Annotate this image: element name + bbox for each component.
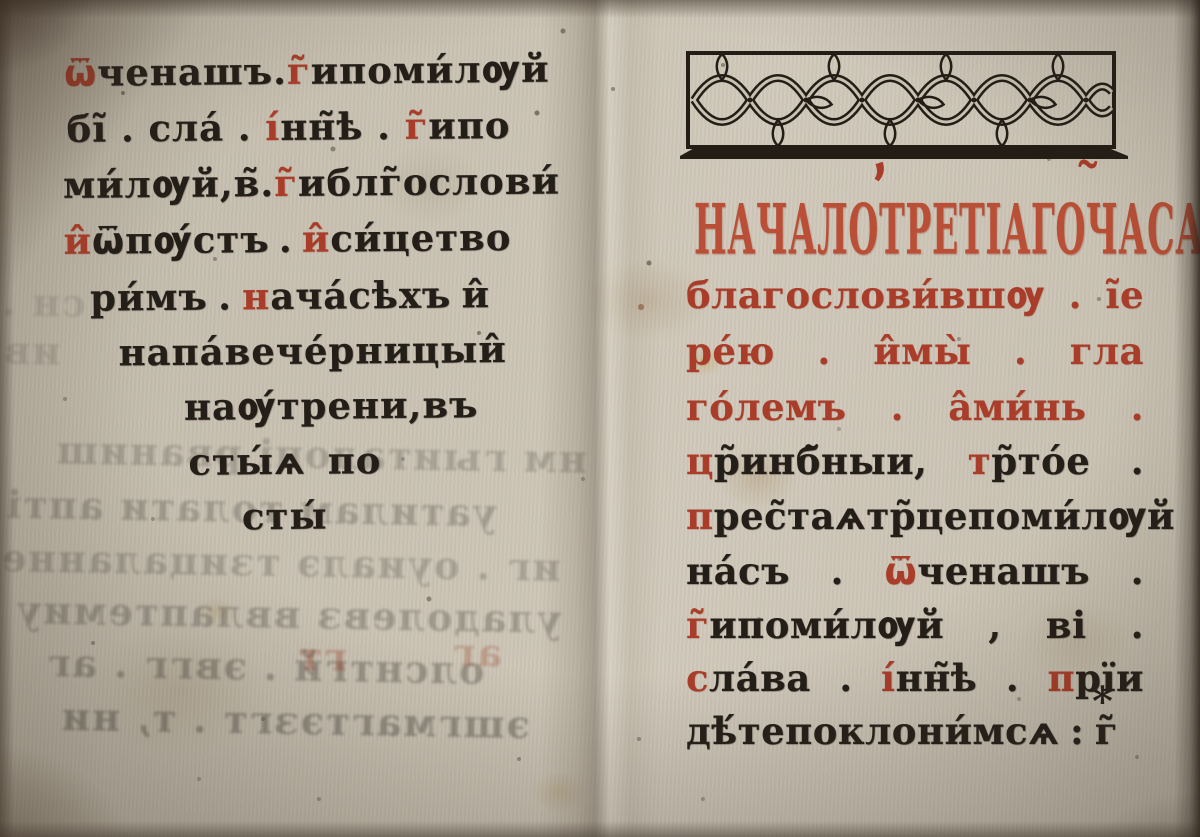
word-group: . [1131,604,1144,647]
word-group: . [1006,657,1019,700]
text-line: прес̃таѧтр̃цепоми́лѹй [686,495,1144,538]
word-group: ві [1046,604,1087,647]
text-line: г̃ипоми́лѹй,ві. [686,604,1144,647]
word-group: . [1069,274,1082,317]
page-title-vyaz: НАЧАЛОТРЕТІАГОЧАСА [694,188,1200,270]
word-group: г̃ипоми́лѹй [686,604,944,647]
word-group: тр̃цепоми́лѹй [866,495,1175,538]
word-group: сла́ва [686,657,811,700]
right-page: НАЧАЛОТРЕТІАГОЧАСА благослови́вшѹ.і̃ере́… [0,0,1200,837]
word-group: . [817,330,830,373]
word-group: го́лемъ [686,386,847,429]
word-group: . [831,550,844,593]
word-group: . [1131,386,1144,429]
star-mark: * [1092,682,1113,722]
word-group: . [1131,440,1144,483]
word-group: . [839,657,852,700]
text-line: благослови́вшѹ.і̃е [686,274,1144,317]
word-group: дѣ́тепоклони́мсѧ [686,710,1059,753]
word-group: . [891,386,904,429]
word-group: тр̃то́е [968,440,1090,483]
word-group: , [988,604,1001,647]
word-group: ре́ю [686,330,775,373]
word-group: ѿченашъ [885,550,1091,593]
text-line: го́лемъ.а̂ми́нь. [686,386,1144,429]
word-group: прес̃таѧ [686,495,866,538]
headpiece-woodcut [680,50,1128,162]
interlace-ornament-icon [680,50,1128,162]
text-line: цр̃инб̃ныи,тр̃то́е. [686,440,1144,483]
text-line: сла́ва.і́нн̃ѣ.прїи [686,657,1144,700]
word-group: а̂ми́нь [948,386,1086,429]
word-group: благослови́вшѹ [686,274,1045,317]
word-group: і́нн̃ѣ [881,657,977,700]
word-group: . [1131,550,1144,593]
old-book-photo: сн .ивнм гыиталопі рванишуатилам толати … [0,0,1200,837]
text-line: ре́ю.и̂мы̀.гла [686,330,1144,373]
word-group: гла [1070,330,1144,373]
word-group: и̂мы̀ [873,330,971,373]
word-group: цр̃инб̃ныи, [686,440,927,483]
text-line: на́съ.ѿченашъ. [686,550,1144,593]
word-group: і̃е [1105,274,1144,317]
word-group: . [1014,330,1027,373]
word-group: на́съ [686,550,790,593]
word-group: : [1070,710,1084,753]
text-line: дѣ́тепоклони́мсѧ:г̃ [686,710,1118,753]
